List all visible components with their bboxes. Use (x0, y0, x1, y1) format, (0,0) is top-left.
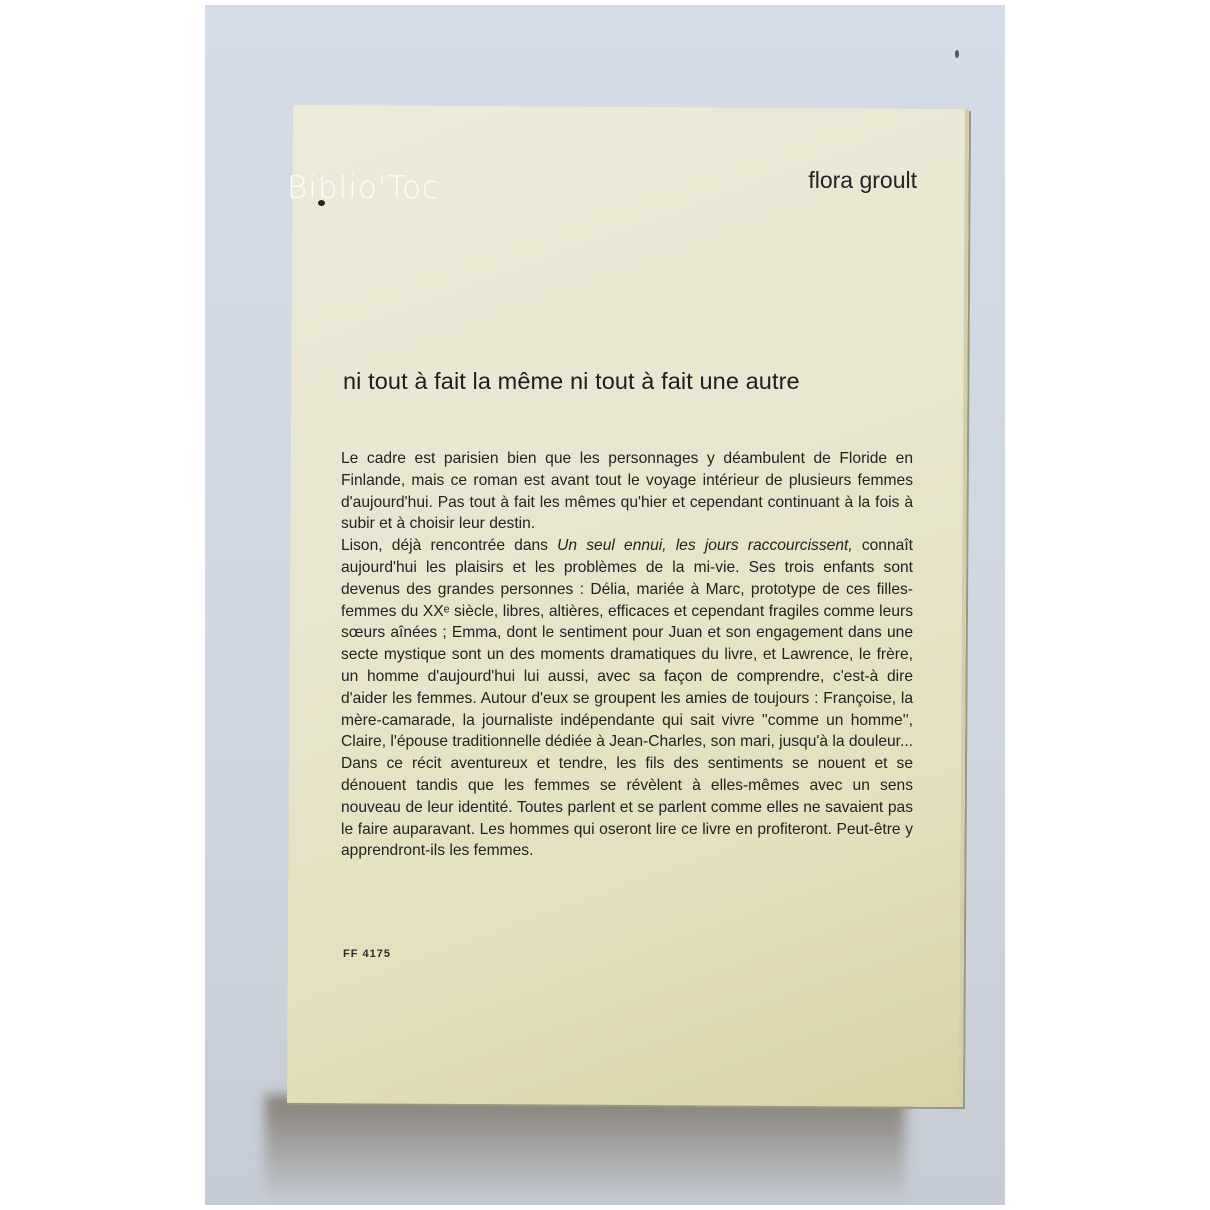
blurb-paragraph: Le cadre est parisien bien que les perso… (341, 448, 913, 535)
book-reference: Un seul ennui, les jours raccourcissent, (557, 537, 853, 554)
blurb-span: Dans ce récit aventureux et tendre, les … (341, 755, 913, 859)
blurb-paragraph: Dans ce récit aventureux et tendre, les … (341, 753, 913, 862)
book-title: ni tout à fait la même ni tout à fait un… (343, 368, 800, 395)
price-code: FF 4175 (343, 948, 391, 960)
blurb-paragraph: Lison, déjà rencontrée dans Un seul ennu… (341, 535, 913, 753)
book-shadow (265, 1095, 905, 1205)
dust-speck (955, 50, 959, 58)
author-name: flora groult (808, 167, 917, 194)
blurb-span: connaît aujourd'hui les plaisirs et les … (341, 537, 913, 750)
blurb-span: Le cadre est parisien bien que les perso… (341, 450, 913, 532)
blurb-span: Lison, déjà rencontrée dans (341, 537, 557, 554)
blurb-text: Le cadre est parisien bien que les perso… (341, 448, 913, 862)
watermark-logo: Biblio'Toc (287, 170, 440, 206)
